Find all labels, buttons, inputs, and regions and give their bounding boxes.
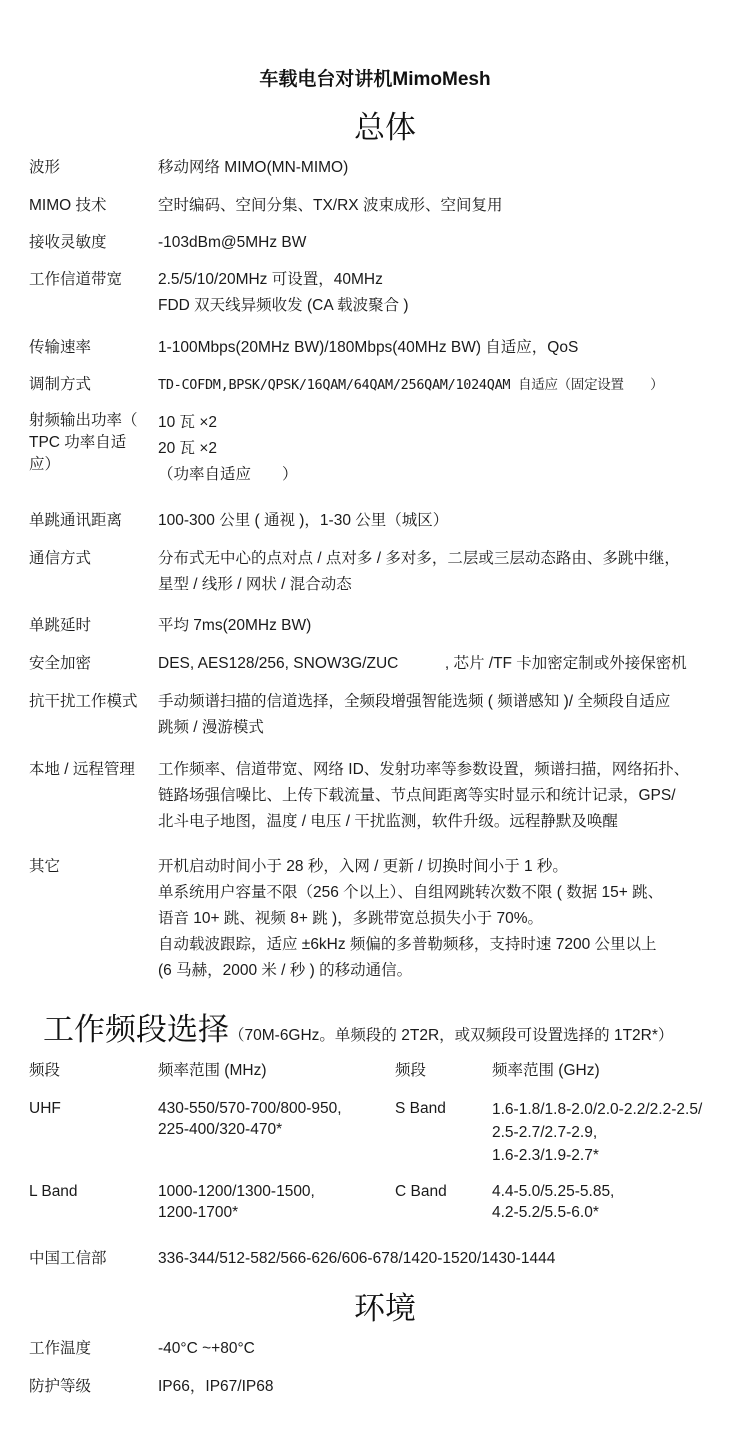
spec-value: DES, AES128/256, SNOW3G/ZUC , 芯片 /TF 卡加密…: [158, 651, 748, 677]
spec-value: 空时编码、空间分集、TX/RX 波束成形、空间复用: [158, 193, 748, 219]
band-header-band-mhz: 频段: [29, 1060, 60, 1081]
spec-value: 移动网络 MIMO(MN-MIMO): [158, 155, 748, 181]
spec-label: 安全加密: [29, 651, 154, 677]
spec-value: -40°C ~+80°C: [158, 1336, 748, 1362]
miit-value: 336-344/512-582/566-626/606-678/1420-152…: [158, 1248, 555, 1269]
spec-label: 波形: [29, 155, 154, 181]
band-range-s-band: 1.6-1.8/1.8-2.0/2.0-2.2/2.2-2.5/ 2.5-2.7…: [492, 1098, 702, 1167]
band-header-range-mhz: 频率范围 (MHz): [158, 1060, 267, 1081]
spec-label: 其它: [29, 854, 154, 880]
spec-label: 通信方式: [29, 546, 154, 572]
spec-label: 抗干扰工作模式: [29, 689, 154, 715]
section-title-general: 总体: [0, 102, 750, 147]
band-header-range-ghz: 频率范围 (GHz): [492, 1060, 600, 1081]
band-range-l-band: 1000-1200/1300-1500, 1200-1700*: [158, 1181, 315, 1223]
bands-title: 工作频段选择: [43, 1012, 229, 1047]
spec-value: 100-300 公里 ( 通视 )，1-30 公里（城区）: [158, 508, 748, 534]
spec-label: 射频输出功率（ TPC 功率自适应）: [29, 410, 144, 476]
band-range-uhf: 430-550/570-700/800-950, 225-400/320-470…: [158, 1098, 342, 1140]
section-title-environment: 环境: [0, 1283, 750, 1328]
band-header-band-ghz: 频段: [395, 1060, 426, 1081]
band-name-s-band: S Band: [395, 1098, 446, 1119]
spec-label: 调制方式: [29, 372, 154, 398]
band-name-c-band: C Band: [395, 1181, 447, 1202]
spec-label: 单跳延时: [29, 613, 154, 639]
spec-label: 本地 / 远程管理: [29, 757, 154, 783]
spec-value: 平均 7ms(20MHz BW): [158, 613, 748, 639]
band-name-l-band: L Band: [29, 1181, 78, 1202]
spec-value: 1-100Mbps(20MHz BW)/180Mbps(40MHz BW) 自适…: [158, 335, 748, 361]
spec-label: 传输速率: [29, 335, 154, 361]
bands-subtitle: （70M-6GHz。单频段的 2T2R，或双频段可设置选择的 1T2R*）: [229, 1027, 673, 1044]
section-title-bands: 工作频段选择（70M-6GHz。单频段的 2T2R，或双频段可设置选择的 1T2…: [43, 1004, 673, 1049]
spec-value: 2.5/5/10/20MHz 可设置，40MHz FDD 双天线异频收发 (CA…: [158, 267, 748, 319]
spec-value: 分布式无中心的点对点 / 点对多 / 多对多，二层或三层动态路由、多跳中继， 星…: [158, 546, 748, 598]
spec-value: IP66，IP67/IP68: [158, 1374, 748, 1400]
spec-label: 单跳通讯距离: [29, 508, 154, 534]
spec-label: 工作信道带宽: [29, 267, 154, 293]
band-name-uhf: UHF: [29, 1098, 61, 1119]
spec-label: 工作温度: [29, 1336, 154, 1362]
spec-label: 防护等级: [29, 1374, 154, 1400]
document-title: 车载电台对讲机MimoMesh: [0, 64, 750, 91]
spec-value: 10 瓦 ×2 20 瓦 ×2 （功率自适应 ）: [158, 410, 748, 488]
miit-label: 中国工信部: [29, 1248, 107, 1269]
spec-label: MIMO 技术: [29, 193, 154, 219]
spec-value: 手动频谱扫描的信道选择，全频段增强智能选频 ( 频谱感知 )/ 全频段自适应 跳…: [158, 689, 748, 741]
band-range-c-band: 4.4-5.0/5.25-5.85, 4.2-5.2/5.5-6.0*: [492, 1181, 614, 1223]
spec-value: TD-COFDM,BPSK/QPSK/16QAM/64QAM/256QAM/10…: [158, 372, 748, 398]
spec-value: 开机启动时间小于 28 秒，入网 / 更新 / 切换时间小于 1 秒。 单系统用…: [158, 854, 748, 984]
spec-value: 工作频率、信道带宽、网络 ID、发射功率等参数设置，频谱扫描，网络拓扑、 链路场…: [158, 757, 748, 835]
spec-label: 接收灵敏度: [29, 230, 154, 256]
spec-value: -103dBm@5MHz BW: [158, 230, 748, 256]
